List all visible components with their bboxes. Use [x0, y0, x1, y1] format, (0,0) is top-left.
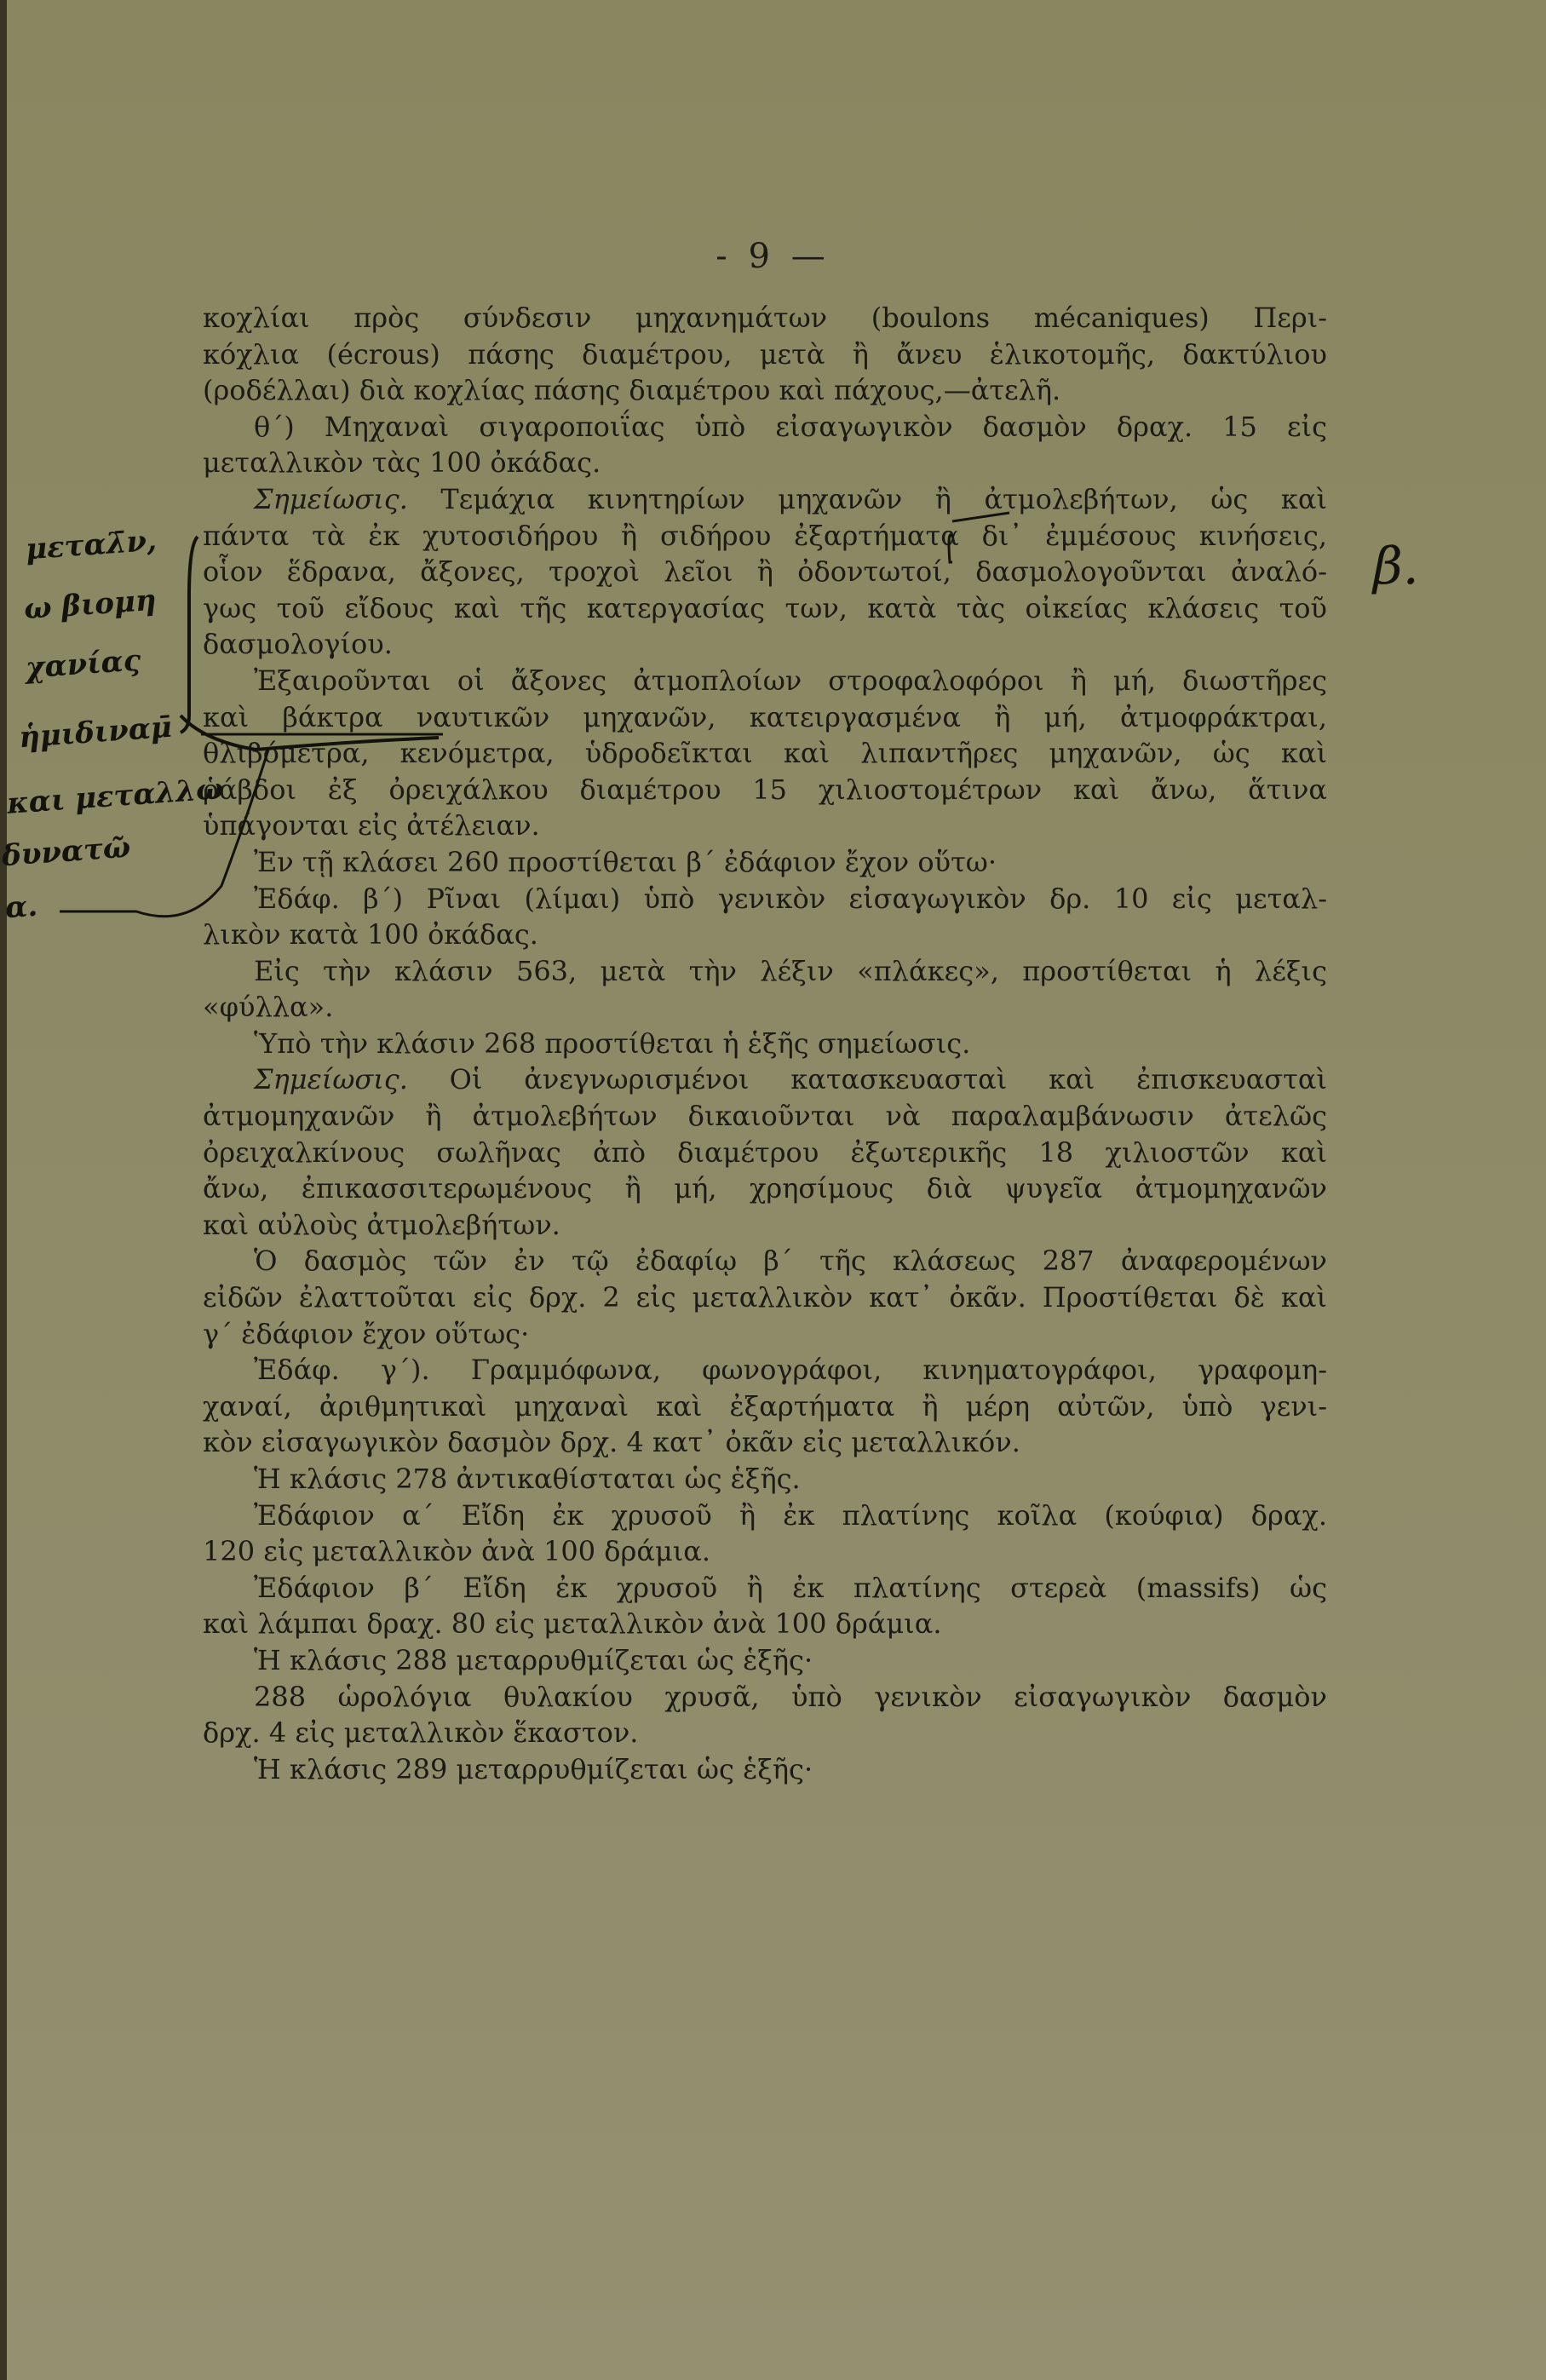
text-line: δρχ. 4 εἰς μεταλλικὸν ἕκαστον. [203, 1715, 1327, 1751]
page-number: - 9 — [0, 237, 1546, 276]
text-line: Σημείωσις. Οἱ ἀνεγνωρισμένοι κατασκευαστ… [203, 1061, 1327, 1098]
text-line: πάντα τὰ ἐκ χυτοσιδήρου ἢ σιδήρου ἐξαρτή… [203, 518, 1327, 555]
text-line: μεταλλικὸν τὰς 100 ὀκάδας. [203, 445, 1327, 481]
text-line: ὑπάγονται εἰς ἀτέλειαν. [203, 808, 1327, 844]
handwritten-note: και μεταλλω [6, 772, 225, 821]
text-line: Σημείωσις. Τεμάχια κινητηρίων μηχανῶν ἢ … [203, 481, 1327, 518]
text-line: ὀρειχαλκίνους σωλῆνας ἀπὸ διαμέτρου ἐξωτ… [203, 1135, 1327, 1171]
text-line: Ἐδάφιον β΄ Εἴδη ἐκ χρυσοῦ ἢ ἐκ πλατίνης … [203, 1570, 1327, 1607]
text-line: (ροδέλλαι) διὰ κοχλίας πάσης διαμέτρου κ… [203, 372, 1327, 409]
text-line: «φύλλα». [203, 989, 1327, 1026]
text-line: Ἐδάφιον α΄ Εἴδη ἐκ χρυσοῦ ἢ ἐκ πλατίνης … [203, 1498, 1327, 1534]
scanned-page: - 9 — κοχλίαι πρὸς σύνδεσιν μηχανημάτων … [0, 0, 1546, 2380]
text-line: κόχλια (écrous) πάσης διαμέτρου, μετὰ ἢ … [203, 336, 1327, 373]
text-line: Εἰς τὴν κλάσιν 563, μετὰ τὴν λέξιν «πλάκ… [203, 953, 1327, 990]
text-line: ῥάβδοι ἐξ ὀρειχάλκου διαμέτρου 15 χιλιοσ… [203, 772, 1327, 808]
binding-edge [0, 0, 7, 2380]
right-margin-mark: β. [1373, 537, 1419, 596]
handwritten-note: δυνατῶ [1, 831, 132, 873]
handwritten-note: ἡμιδιναμ̄ [18, 710, 173, 755]
text-line: κὸν εἰσαγωγικὸν δασμὸν δρχ. 4 κατ᾽ ὀκᾶν … [203, 1424, 1327, 1461]
text-line: λικὸν κατὰ 100 ὀκάδας. [203, 917, 1327, 953]
text-line: ἄνω, ἐπικασσιτερωμένους ἢ μή, χρησίμους … [203, 1170, 1327, 1207]
text-line: θ΄) Μηχαναὶ σιγαροποιΐας ὑπὸ εἰσαγωγικὸν… [203, 409, 1327, 446]
italic-heading: Σημείωσις. [254, 1063, 408, 1095]
handwritten-note: μεταλ̄ν, [25, 524, 158, 567]
text-line: 120 εἰς μεταλλικὸν ἀνὰ 100 δράμια. [203, 1533, 1327, 1570]
text-line: εἰδῶν ἐλαττοῦται εἰς δρχ. 2 εἰς μεταλλικ… [203, 1279, 1327, 1316]
text-line: θλιβόμετρα, κενόμετρα, ὑδροδεῖκται καὶ λ… [203, 735, 1327, 772]
text-line: οἷον ἕδρανα, ἄξονες, τροχοὶ λεῖοι ἢ ὀδον… [203, 554, 1327, 590]
text-line: κοχλίαι πρὸς σύνδεσιν μηχανημάτων (boulo… [203, 300, 1327, 336]
handwritten-note: α. [4, 889, 39, 926]
text-line: καὶ βάκτρα ναυτικῶν μηχανῶν, κατειργασμέ… [203, 699, 1327, 736]
text-line: γ΄ ἐδάφιον ἔχον οὕτως· [203, 1316, 1327, 1353]
text-line: καὶ αὐλοὺς ἀτμολεβήτων. [203, 1207, 1327, 1244]
text-line: Ἡ κλάσις 278 ἀντικαθίσταται ὡς ἑξῆς. [203, 1461, 1327, 1498]
text-line: Ἡ κλάσις 288 μεταρρυθμίζεται ὡς ἑξῆς· [203, 1642, 1327, 1679]
body-text: κοχλίαι πρὸς σύνδεσιν μηχανημάτων (boulo… [203, 300, 1327, 1787]
text-line: Ἡ κλάσις 289 μεταρρυθμίζεται ὡς ἑξῆς· [203, 1751, 1327, 1788]
text-line: Ἐδάφ. β΄) Ρῖναι (λίμαι) ὑπὸ γενικὸν εἰσα… [203, 881, 1327, 917]
text-line: καὶ λάμπαι δραχ. 80 εἰς μεταλλικὸν ἀνὰ 1… [203, 1606, 1327, 1642]
text-line: Ὁ δασμὸς τῶν ἐν τῷ ἐδαφίῳ β΄ τῆς κλάσεως… [203, 1243, 1327, 1279]
text-line: δασμολογίου. [203, 626, 1327, 663]
text-line: 288 ὡρολόγια θυλακίου χρυσᾶ, ὑπὸ γενικὸν… [203, 1679, 1327, 1716]
text-line: ἀτμομηχανῶν ἢ ἀτμολεβήτων δικαιοῦνται νὰ… [203, 1098, 1327, 1135]
text-line: γως τοῦ εἴδους καὶ τῆς κατεργασίας των, … [203, 590, 1327, 627]
handwritten-note: χανίας [25, 643, 142, 685]
italic-heading: Σημείωσις. [254, 483, 408, 515]
text-line: Ἐν τῇ κλάσει 260 προστίθεται β΄ ἐδάφιον … [203, 844, 1327, 881]
text-line: Ἐξαιροῦνται οἱ ἄξονες ἀτμοπλοίων στροφαλ… [203, 663, 1327, 699]
text-line: χαναί, ἀριθμητικαὶ μηχαναὶ καὶ ἐξαρτήματ… [203, 1388, 1327, 1425]
text-line: Ἐδάφ. γ΄). Γραμμόφωνα, φωνογράφοι, κινημ… [203, 1352, 1327, 1388]
text-line: Ὑπὸ τὴν κλάσιν 268 προστίθεται ἡ ἑξῆς ση… [203, 1026, 1327, 1062]
handwritten-note: ω βιομη [23, 584, 158, 627]
